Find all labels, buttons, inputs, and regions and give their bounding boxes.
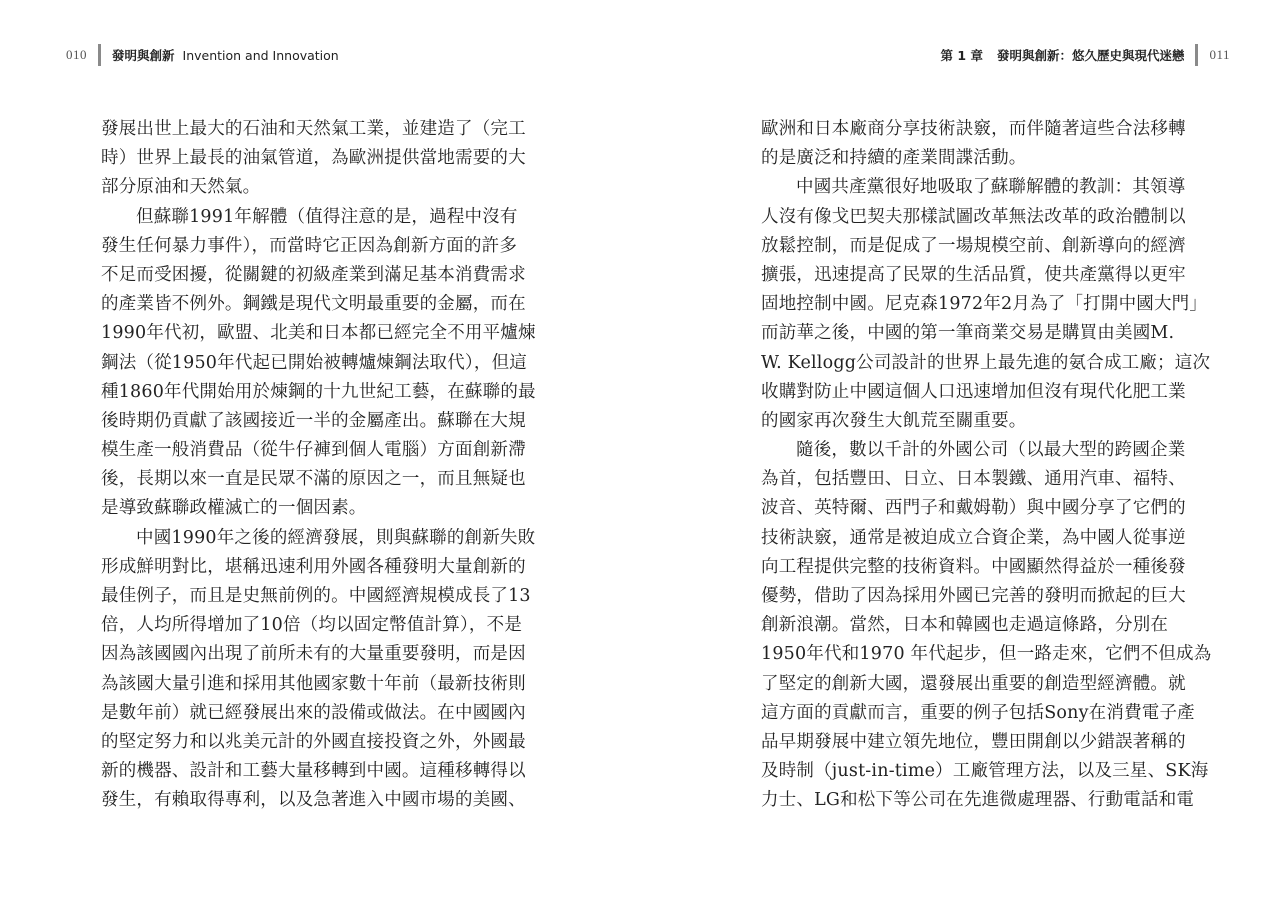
- text-line: 發生任何暴力事件），而當時它正因為創新方面的許多: [101, 232, 533, 261]
- text-line: 為首，包括豐田、日立、日本製鐵、通用汽車、福特、: [761, 465, 1193, 494]
- chapter-title: 發明與創新：悠久歷史與現代迷戀: [997, 46, 1185, 64]
- left-body-text: 發展出世上最大的石油和天然氣工業，並建造了（完工時）世界上最長的油氣管道，為歐洲…: [101, 115, 533, 816]
- text-line: 倍，人均所得增加了10倍（均以固定幣值計算），不是: [101, 611, 533, 640]
- text-line: 放鬆控制，而是促成了一場規模空前、創新導向的經濟: [761, 232, 1193, 261]
- text-line: 歐洲和日本廠商分享技術訣竅，而伴隨著這些合法移轉: [761, 115, 1193, 144]
- text-line: 為該國大量引進和採用其他國家數十年前（最新技術則: [101, 670, 533, 699]
- text-line: 部分原油和天然氣。: [101, 173, 533, 202]
- text-line: 擴張，迅速提高了民眾的生活品質，使共產黨得以更牢: [761, 261, 1193, 290]
- text-line: 品早期發展中建立領先地位，豐田開創以少錯誤著稱的: [761, 728, 1193, 757]
- chapter-label: 第 1 章: [941, 46, 983, 64]
- text-line: 中國1990年之後的經濟發展，則與蘇聯的創新失敗: [101, 524, 533, 553]
- text-line: 中國共產黨很好地吸取了蘇聯解體的教訓：其領導: [761, 173, 1193, 202]
- right-page: 第 1 章 發明與創新：悠久歷史與現代迷戀 011 歐洲和日本廠商分享技術訣竅，…: [643, 0, 1286, 900]
- text-line: 1950年代和1970 年代起步，但一路走來，它們不但成為: [761, 640, 1193, 669]
- header-divider: [1195, 44, 1198, 66]
- book-spread: 010 發明與創新 Invention and Innovation 發展出世上…: [0, 0, 1286, 900]
- text-line: 發展出世上最大的石油和天然氣工業，並建造了（完工: [101, 115, 533, 144]
- page-number: 011: [1209, 47, 1230, 63]
- text-line: 了堅定的創新大國，還發展出重要的創造型經濟體。就: [761, 670, 1193, 699]
- text-line: 最佳例子，而且是史無前例的。中國經濟規模成長了13: [101, 582, 533, 611]
- header-divider: [98, 44, 101, 66]
- text-line: 固地控制中國。尼克森1972年2月為了「打開中國大門」: [761, 290, 1193, 319]
- text-line: 創新浪潮。當然，日本和韓國也走過這條路，分別在: [761, 611, 1193, 640]
- right-body-text: 歐洲和日本廠商分享技術訣竅，而伴隨著這些合法移轉的是廣泛和持續的產業間諜活動。中…: [761, 115, 1193, 816]
- text-line: 及時制（just-in-time）工廠管理方法，以及三星、SK海: [761, 757, 1193, 786]
- text-line: W. Kellogg公司設計的世界上最先進的氨合成工廠；這次: [761, 349, 1193, 378]
- text-line: 形成鮮明對比，堪稱迅速利用外國各種發明大量創新的: [101, 553, 533, 582]
- text-line: 而訪華之後，中國的第一筆商業交易是購買由美國M.: [761, 319, 1193, 348]
- text-line: 的是廣泛和持續的產業間諜活動。: [761, 144, 1193, 173]
- book-title-zh: 發明與創新: [112, 46, 175, 64]
- text-line: 的國家再次發生大飢荒至關重要。: [761, 407, 1193, 436]
- right-running-head: 第 1 章 發明與創新：悠久歷史與現代迷戀 011: [941, 44, 1230, 66]
- text-line: 鋼法（從1950年代起已開始被轉爐煉鋼法取代），但這: [101, 349, 533, 378]
- text-line: 力士、LG和松下等公司在先進微處理器、行動電話和電: [761, 786, 1193, 815]
- text-line: 的產業皆不例外。鋼鐵是現代文明最重要的金屬，而在: [101, 290, 533, 319]
- book-title-en: Invention and Innovation: [183, 48, 339, 63]
- text-line: 後時期仍貢獻了該國接近一半的金屬產出。蘇聯在大規: [101, 407, 533, 436]
- text-line: 優勢，借助了因為採用外國已完善的發明而掀起的巨大: [761, 582, 1193, 611]
- text-line: 模生產一般消費品（從牛仔褲到個人電腦）方面創新滯: [101, 436, 533, 465]
- text-line: 人沒有像戈巴契夫那樣試圖改革無法改革的政治體制以: [761, 203, 1193, 232]
- text-line: 新的機器、設計和工藝大量移轉到中國。這種移轉得以: [101, 757, 533, 786]
- text-line: 技術訣竅，通常是被迫成立合資企業，為中國人從事逆: [761, 524, 1193, 553]
- text-line: 1990年代初，歐盟、北美和日本都已經完全不用平爐煉: [101, 319, 533, 348]
- text-line: 收購對防止中國這個人口迅速增加但沒有現代化肥工業: [761, 378, 1193, 407]
- text-line: 後，長期以來一直是民眾不滿的原因之一，而且無疑也: [101, 465, 533, 494]
- text-line: 是數年前）就已經發展出來的設備或做法。在中國國內: [101, 699, 533, 728]
- page-number: 010: [66, 47, 87, 63]
- text-line: 隨後，數以千計的外國公司（以最大型的跨國企業: [761, 436, 1193, 465]
- text-line: 是導致蘇聯政權滅亡的一個因素。: [101, 494, 533, 523]
- text-line: 向工程提供完整的技術資料。中國顯然得益於一種後發: [761, 553, 1193, 582]
- text-line: 這方面的貢獻而言，重要的例子包括Sony在消費電子產: [761, 699, 1193, 728]
- text-line: 波音、英特爾、西門子和戴姆勒）與中國分享了它們的: [761, 494, 1193, 523]
- text-line: 的堅定努力和以兆美元計的外國直接投資之外，外國最: [101, 728, 533, 757]
- text-line: 不足而受困擾，從關鍵的初級產業到滿足基本消費需求: [101, 261, 533, 290]
- left-running-head: 010 發明與創新 Invention and Innovation: [66, 44, 339, 66]
- text-line: 發生，有賴取得專利，以及急著進入中國市場的美國、: [101, 786, 533, 815]
- left-page: 010 發明與創新 Invention and Innovation 發展出世上…: [0, 0, 643, 900]
- text-line: 但蘇聯1991年解體（值得注意的是，過程中沒有: [101, 203, 533, 232]
- text-line: 時）世界上最長的油氣管道，為歐洲提供當地需要的大: [101, 144, 533, 173]
- text-line: 因為該國國內出現了前所未有的大量重要發明，而是因: [101, 640, 533, 669]
- text-line: 種1860年代開始用於煉鋼的十九世紀工藝，在蘇聯的最: [101, 378, 533, 407]
